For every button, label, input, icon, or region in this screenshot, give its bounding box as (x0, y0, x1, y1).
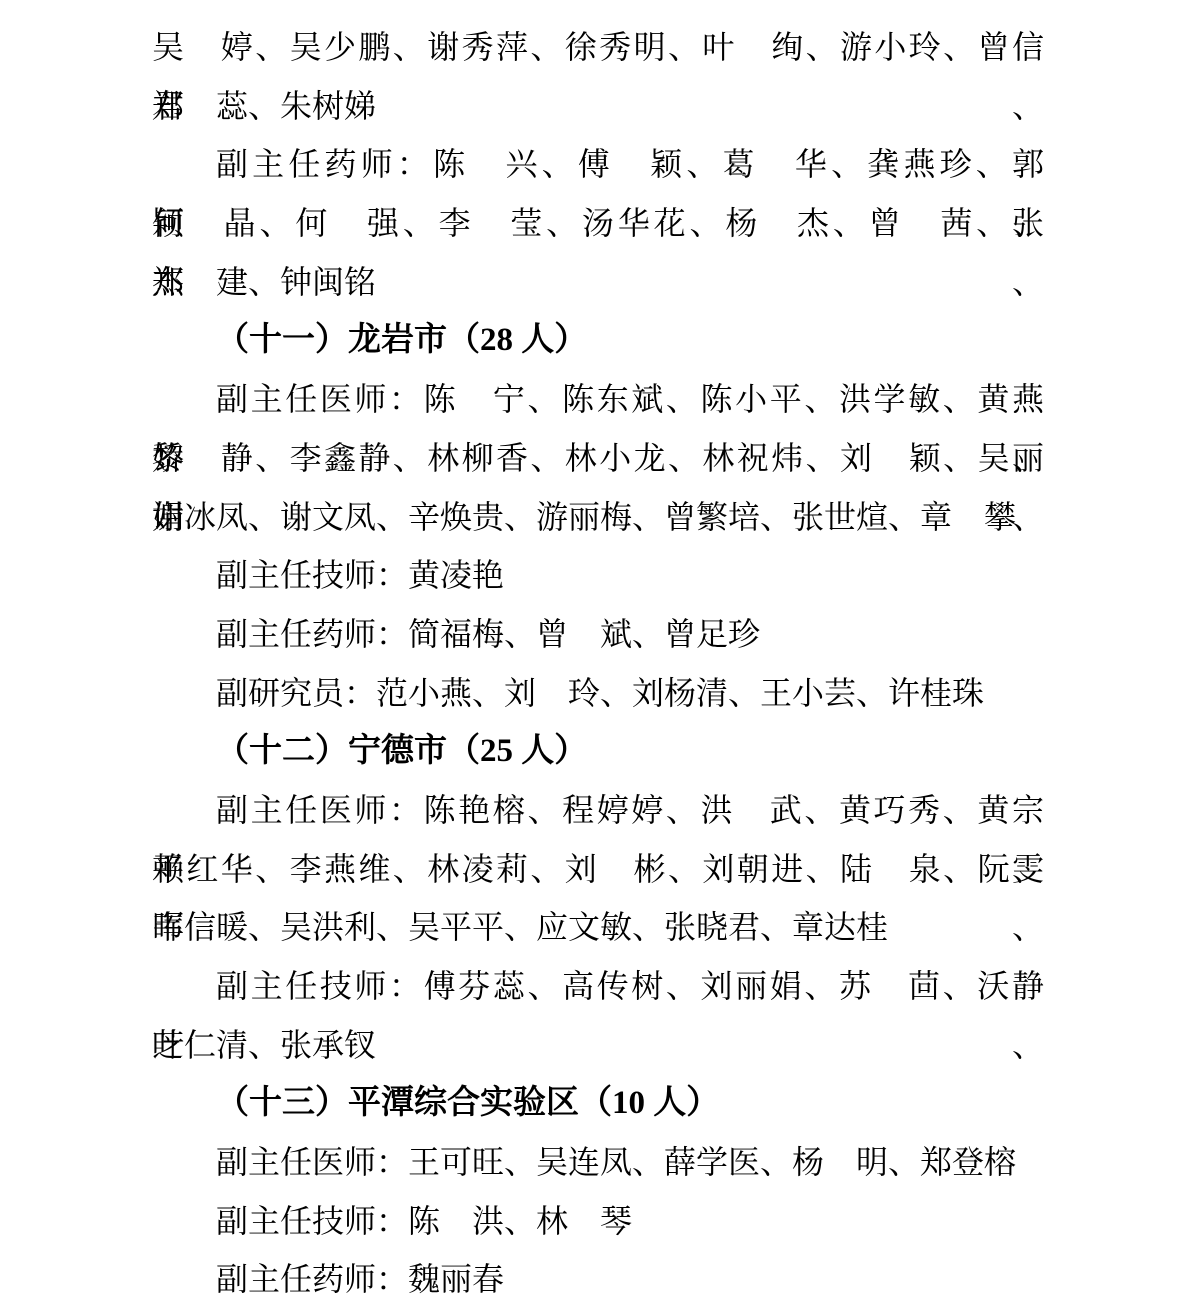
section-heading-line: （十三）平潭综合实验区（10 人） (152, 1074, 1044, 1133)
text-content: 吴 婷、吴少鹏、谢秀萍、徐秀明、叶 绚、游小玲、曾信君、郑 蕊、朱树娣副主任药师… (152, 18, 1044, 1309)
text-line: 副主任医师：陈艳榕、程婷婷、洪 武、黄巧秀、黄宗平、 (152, 781, 1044, 840)
text-line: 副主任药师：魏丽春 (152, 1250, 1044, 1309)
text-line: 副主任医师：陈 宁、陈东斌、陈小平、洪学敏、黄燕娇、 (152, 370, 1044, 429)
text-line: 吴 婷、吴少鹏、谢秀萍、徐秀明、叶 绚、游小玲、曾信君、 (152, 18, 1044, 77)
text-line: 副主任技师：陈 洪、林 琴 (152, 1192, 1044, 1251)
text-line: 黎 静、李鑫静、林柳香、林小龙、林祝炜、刘 颖、吴丽娟、 (152, 429, 1044, 488)
text-line: 副主任药师：简福梅、曾 斌、曾足珍 (152, 605, 1044, 664)
text-line: 副主任药师：陈 兴、傅 颖、葛 华、龚燕珍、郭 颖、 (152, 135, 1044, 194)
text-line: 副主任医师：王可旺、吴连凤、薛学医、杨 明、郑登榕 (152, 1133, 1044, 1192)
text-line: 谢冰凤、谢文凤、辛焕贵、游丽梅、曾繁培、张世煊、章 攀 (152, 488, 1044, 547)
text-line: 何 晶、何 强、李 莹、汤华花、杨 杰、曾 茜、张 杰、 (152, 194, 1044, 253)
text-line: 副主任技师：黄凌艳 (152, 546, 1044, 605)
document-page: 吴 婷、吴少鹏、谢秀萍、徐秀明、叶 绚、游小玲、曾信君、郑 蕊、朱树娣副主任药师… (0, 0, 1190, 1313)
text-line: 副主任技师：傅芬蕊、高传树、刘丽娟、苏 茴、沃静芝、 (152, 957, 1044, 1016)
section-heading-line: （十二）宁德市（25 人） (152, 722, 1044, 781)
text-line: 赖红华、李燕维、林凌莉、刘 彬、刘朝进、陆 泉、阮雯晖、 (152, 840, 1044, 899)
section-heading-line: （十一）龙岩市（28 人） (152, 311, 1044, 370)
text-line: 副研究员：范小燕、刘 玲、刘杨清、王小芸、许桂珠 (152, 664, 1044, 723)
